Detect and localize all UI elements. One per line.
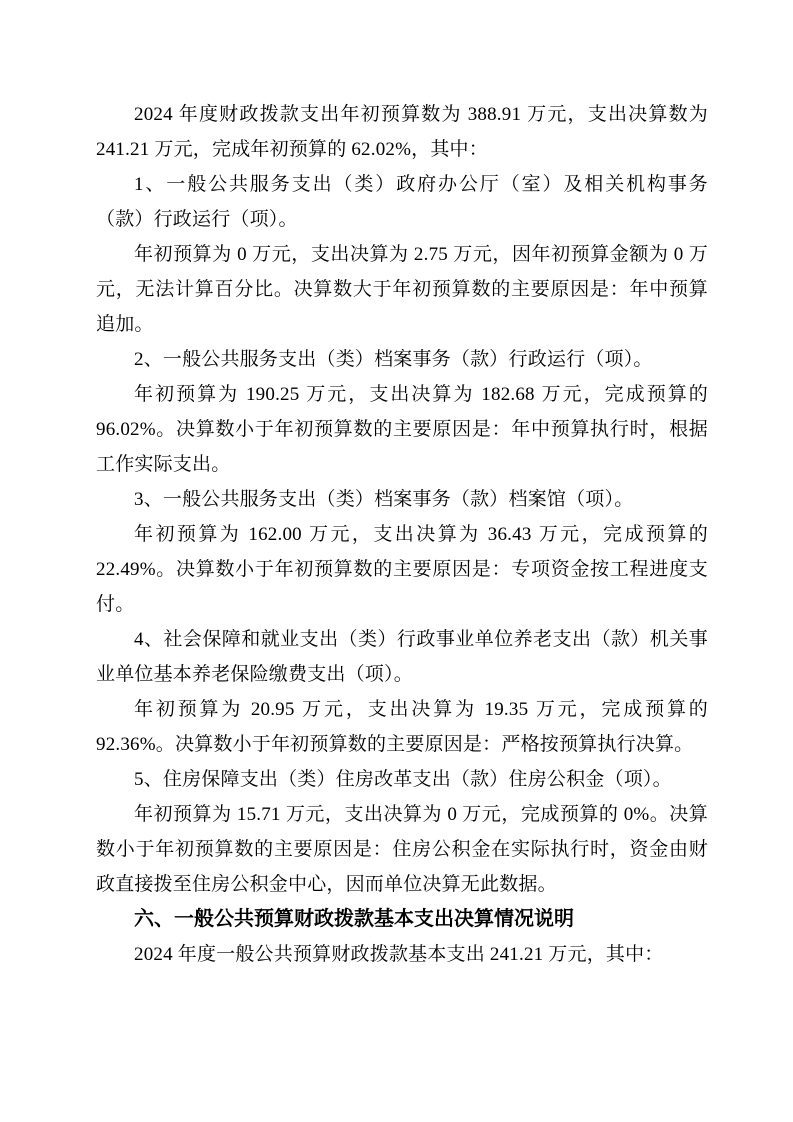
paragraph-item-3-title: 3、一般公共服务支出（类）档案事务（款）档案馆（项）。 [96,482,708,517]
paragraph-item-1-title: 1、一般公共服务支出（类）政府办公厅（室）及相关机构事务（款）行政运行（项）。 [96,167,708,237]
paragraph-basic-expenditure-overview: 2024 年度一般公共预算财政拨款基本支出 241.21 万元，其中： [96,937,708,972]
document-page: 2024 年度财政拨款支出年初预算数为 388.91 万元，支出决算数为 241… [0,0,793,1122]
paragraph-budget-overview: 2024 年度财政拨款支出年初预算数为 388.91 万元，支出决算数为 241… [96,97,708,167]
paragraph-item-5-title: 5、住房保障支出（类）住房改革支出（款）住房公积金（项）。 [96,762,708,797]
paragraph-item-4-detail: 年初预算为 20.95 万元，支出决算为 19.35 万元，完成预算的 92.3… [96,692,708,762]
paragraph-item-2-title: 2、一般公共服务支出（类）档案事务（款）行政运行（项）。 [96,342,708,377]
section-six-heading: 六、一般公共预算财政拨款基本支出决算情况说明 [96,902,708,937]
paragraph-item-2-detail: 年初预算为 190.25 万元，支出决算为 182.68 万元，完成预算的 96… [96,377,708,482]
paragraph-item-3-detail: 年初预算为 162.00 万元，支出决算为 36.43 万元，完成预算的 22.… [96,517,708,622]
paragraph-item-4-title: 4、社会保障和就业支出（类）行政事业单位养老支出（款）机关事业单位基本养老保险缴… [96,622,708,692]
paragraph-item-1-detail: 年初预算为 0 万元，支出决算为 2.75 万元，因年初预算金额为 0 万元，无… [96,237,708,342]
paragraph-item-5-detail: 年初预算为 15.71 万元，支出决算为 0 万元，完成预算的 0%。决算数小于… [96,797,708,902]
